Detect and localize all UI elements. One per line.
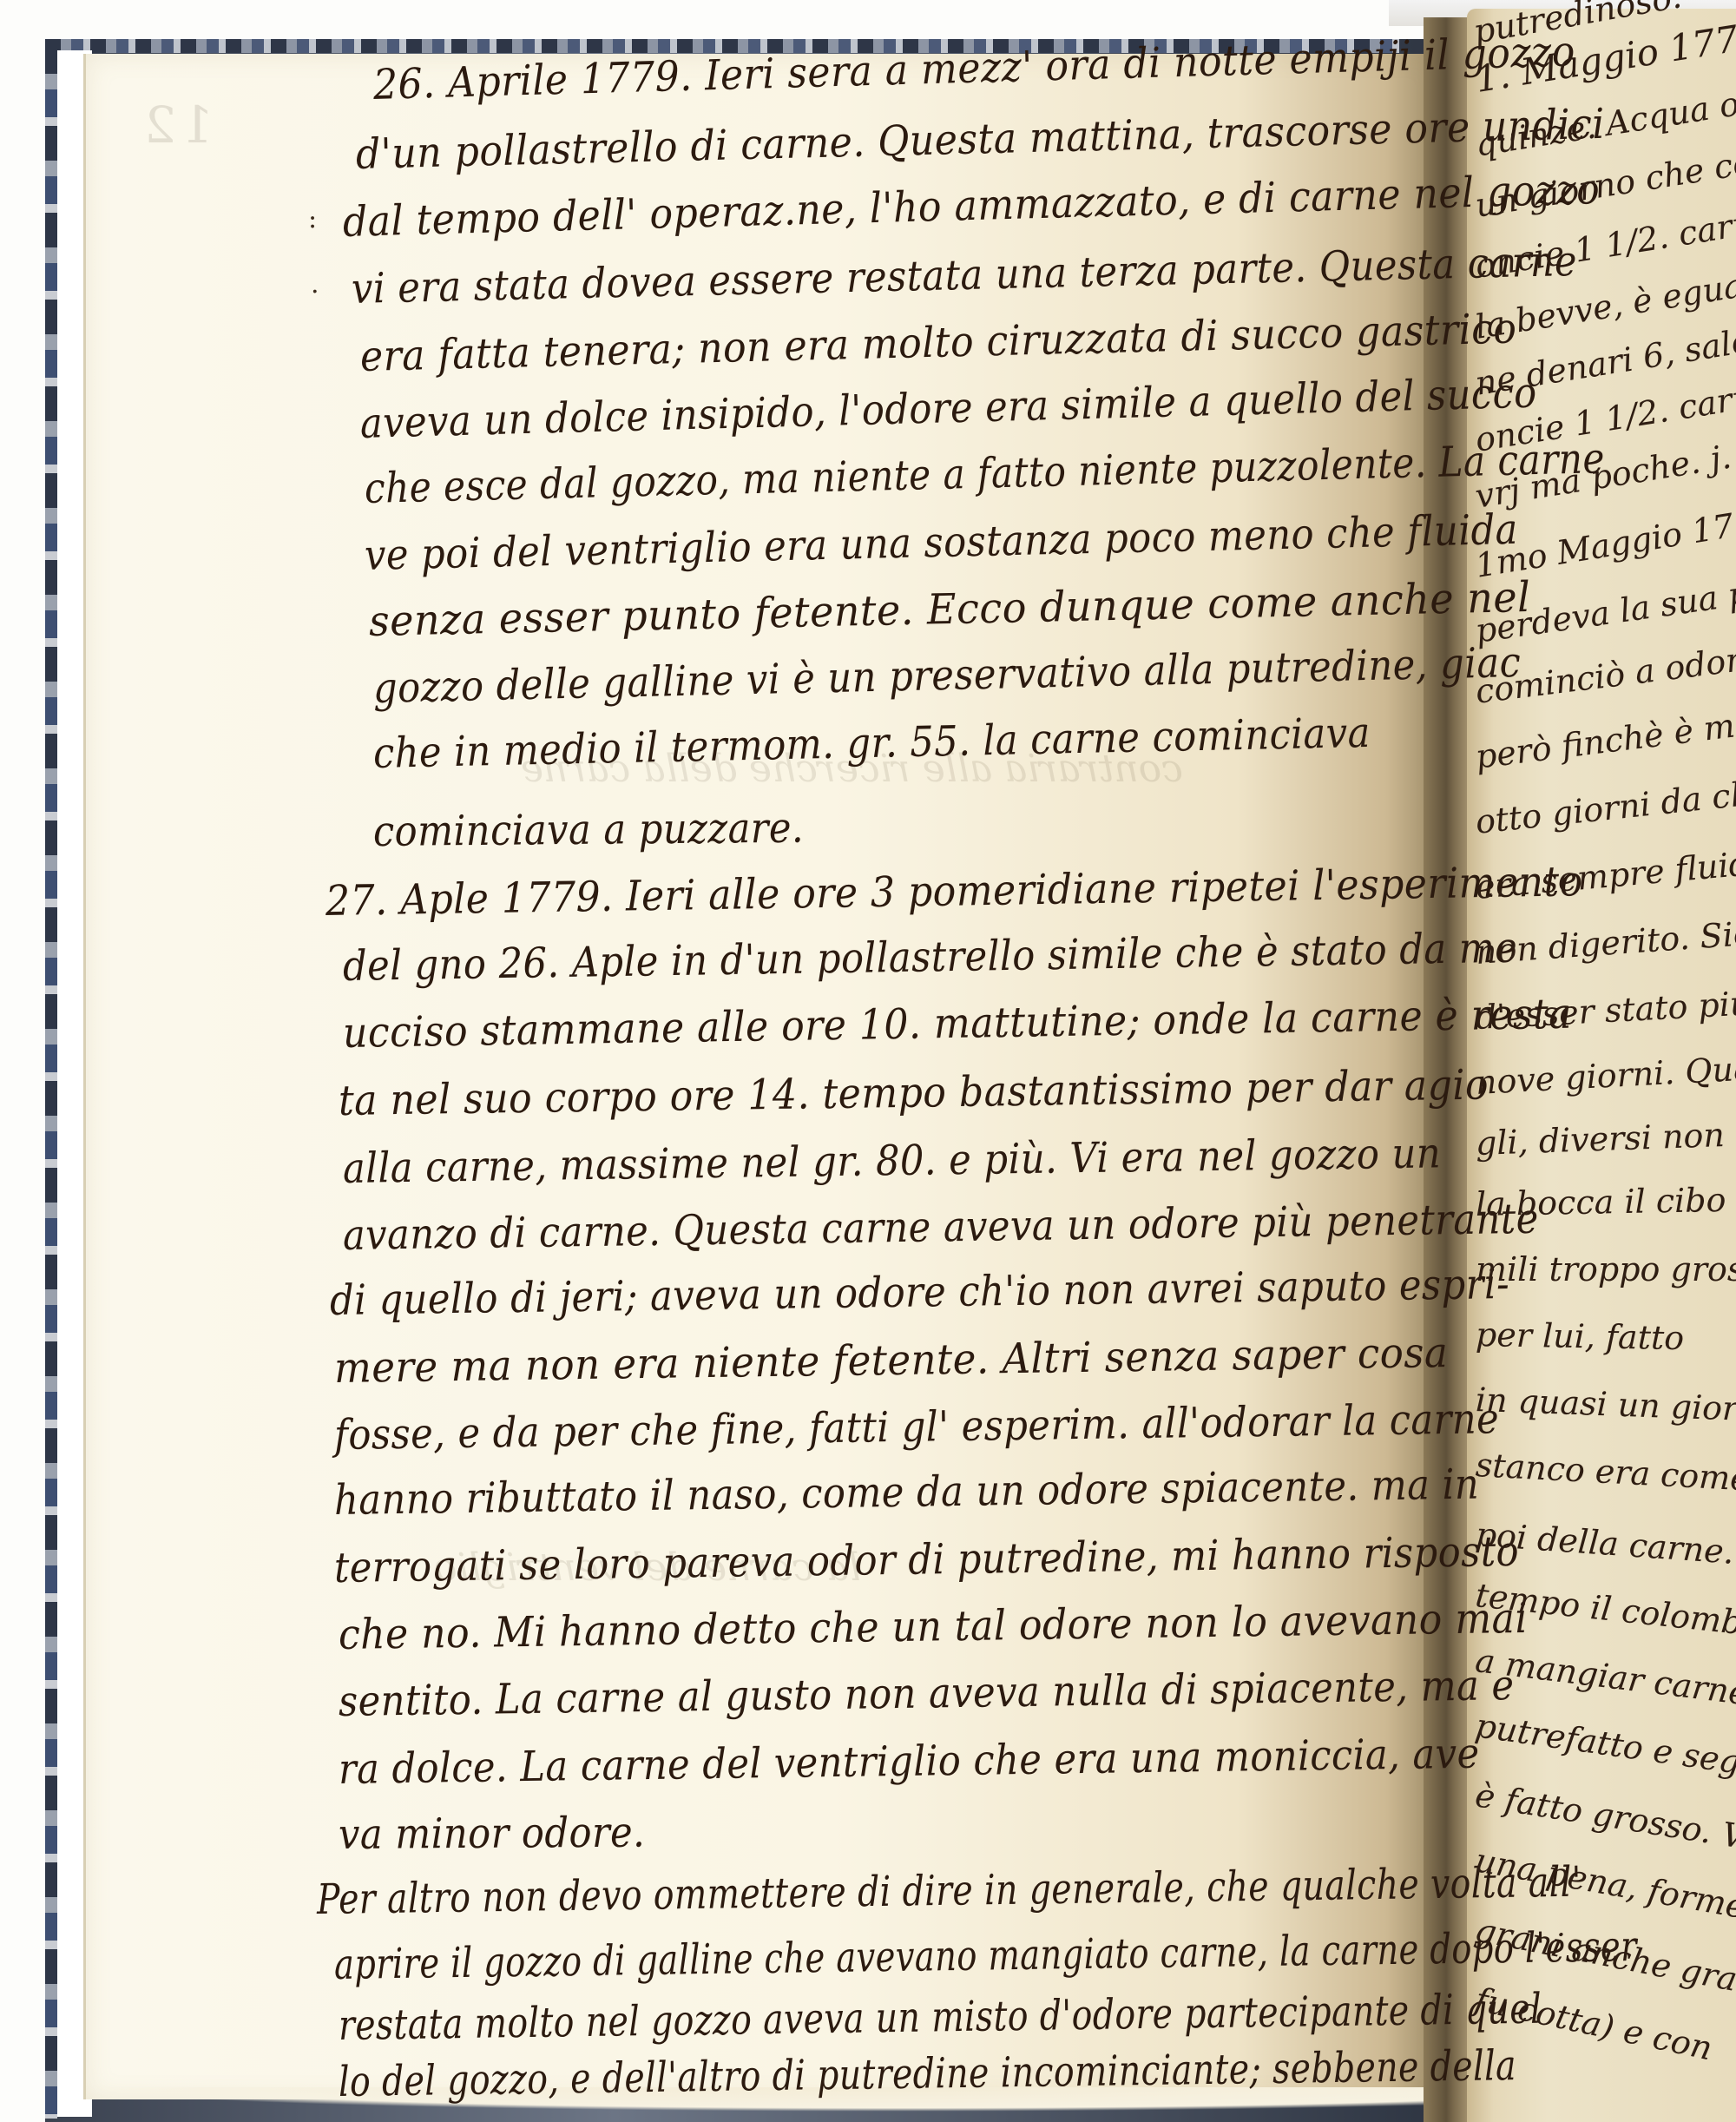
manuscript-line: tempo il colombo era di (1474, 1576, 1736, 1655)
manuscript-line: poi della carne. E questo (1474, 1515, 1736, 1582)
manuscript-line: mili troppo grosselli, fosse (1476, 1250, 1736, 1288)
manuscript-line: in quasi un giorno e (1475, 1381, 1736, 1430)
right-page-text: putredinoso. 1. Maggio 1779. quinze. Acq… (1467, 0, 1736, 2122)
manuscript-line: era sempre fluido e (1474, 840, 1736, 906)
manuscript-line: va minor odore. (339, 1809, 646, 1859)
page-number: 12 (139, 96, 214, 155)
manuscript-line: d'esser stato più fortunato in (1475, 973, 1736, 1037)
manuscript-line: per lui, fatto (1476, 1315, 1685, 1357)
margin-mark: . (311, 269, 319, 300)
marbled-cover-edge-left (45, 39, 57, 2119)
manuscript-line: fu cotta) e con (1471, 1980, 1715, 2067)
margin-mark: : (308, 204, 317, 234)
manuscript-line: cominciava a puzzare. (373, 804, 805, 856)
manuscript-line: la bocca il cibo che era (1476, 1178, 1736, 1223)
manuscript-line: non digerito. Sicchè (1474, 910, 1736, 972)
manuscript-line: stanco era come una (1475, 1446, 1736, 1502)
manuscript-line: nove giorni. Quando (1475, 1046, 1736, 1102)
manuscript-line: gli, diversi non mangiavo (1475, 1110, 1736, 1163)
manuscript-line: a mangiar carne (1473, 1641, 1736, 1712)
